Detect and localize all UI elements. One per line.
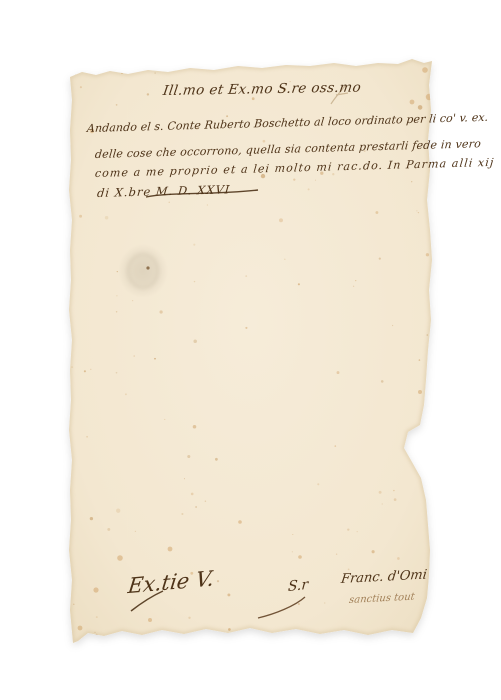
paper-sheet bbox=[69, 59, 432, 643]
seal-stain-speck bbox=[146, 266, 149, 269]
seal-stain bbox=[118, 244, 168, 298]
paper-sheet-graphic bbox=[0, 0, 501, 700]
photo-of-manuscript-letter: Ill.mo et Ex.mo S.re oss.mo Andando el s… bbox=[0, 0, 501, 700]
